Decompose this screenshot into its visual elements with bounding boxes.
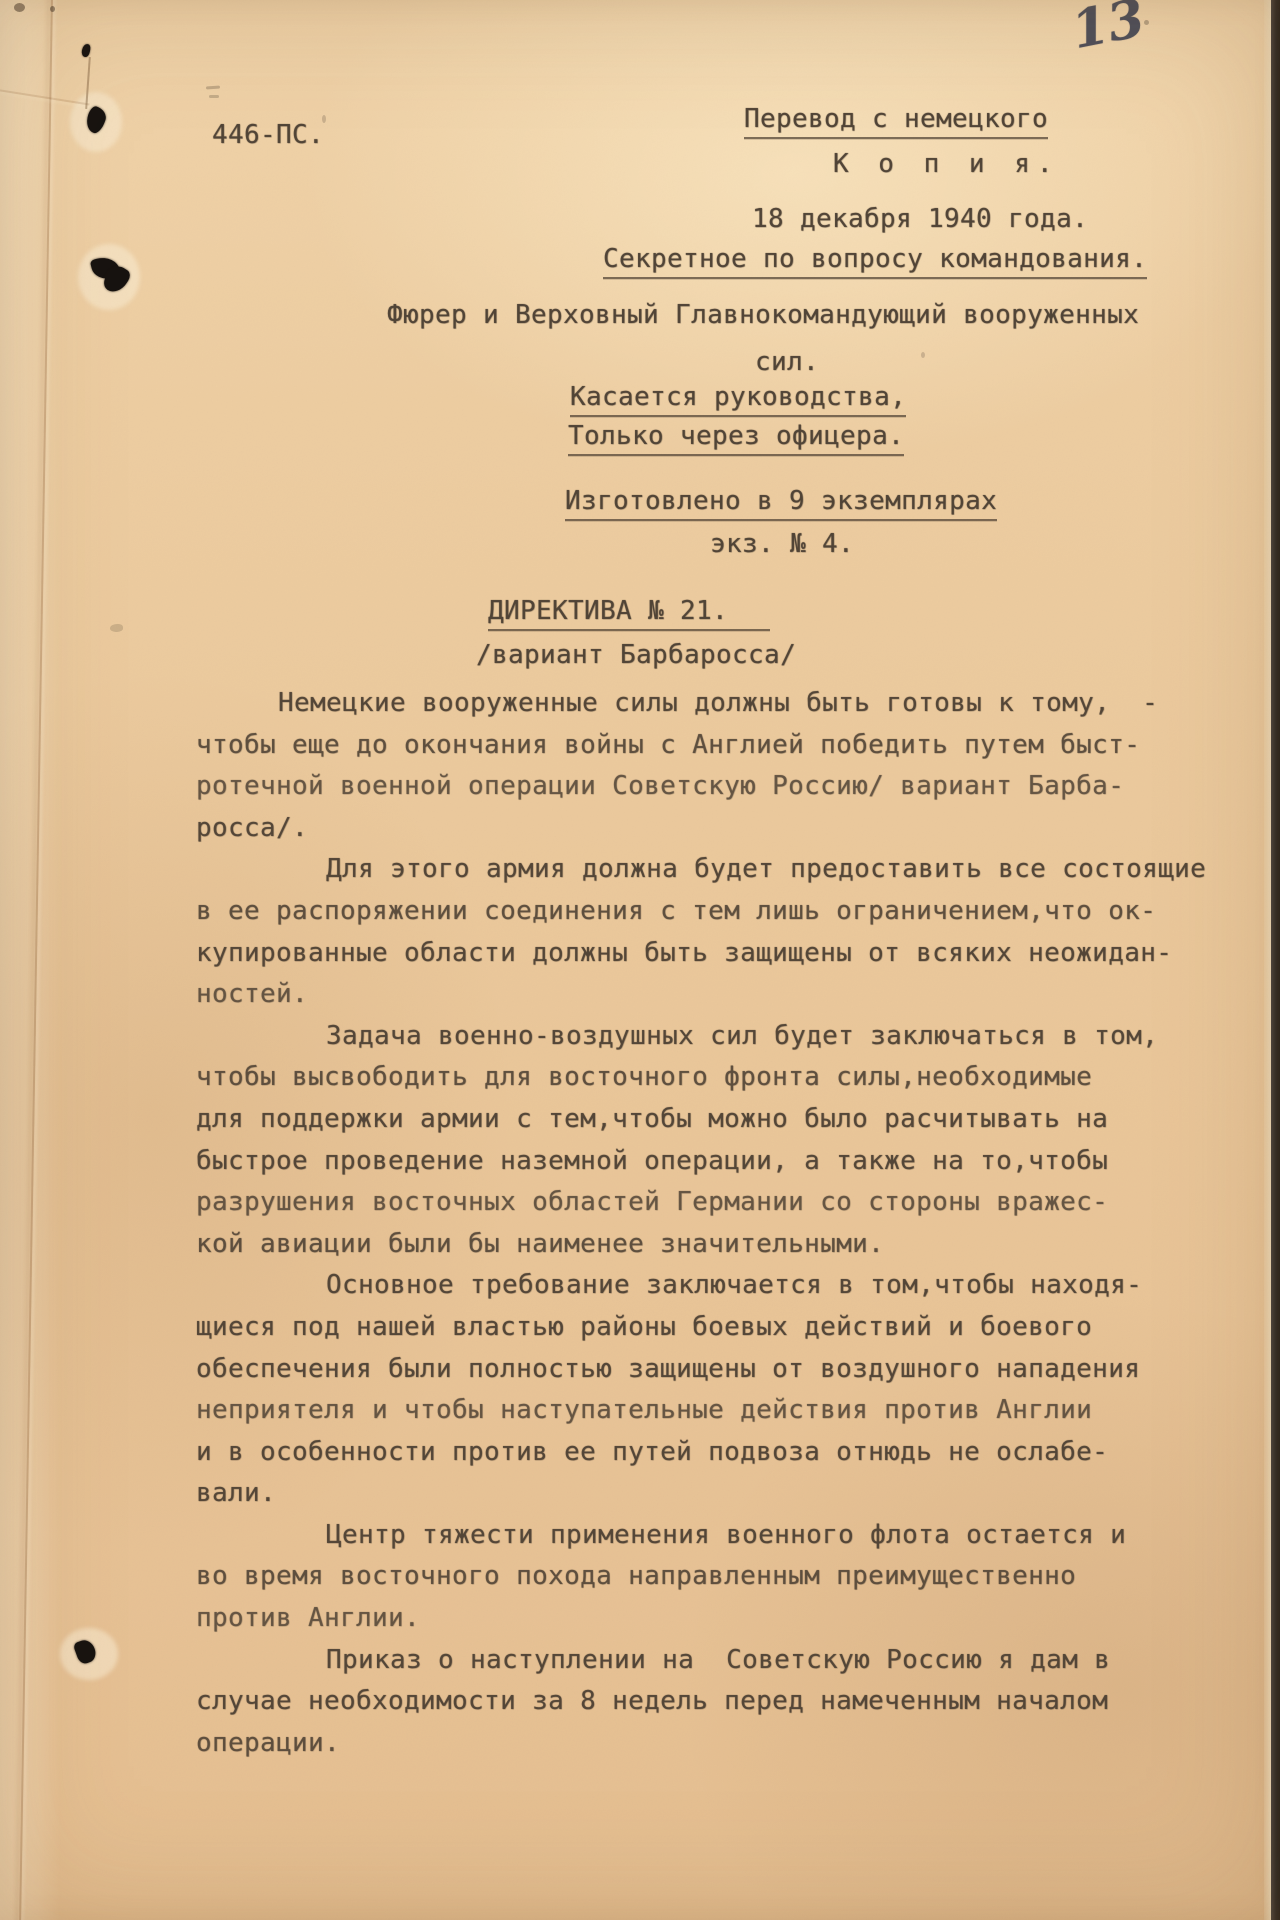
scan-vignette <box>0 0 1280 1920</box>
document-page: 13 446-ПС. Перевод с немецкого К о п и я… <box>0 0 1280 1920</box>
